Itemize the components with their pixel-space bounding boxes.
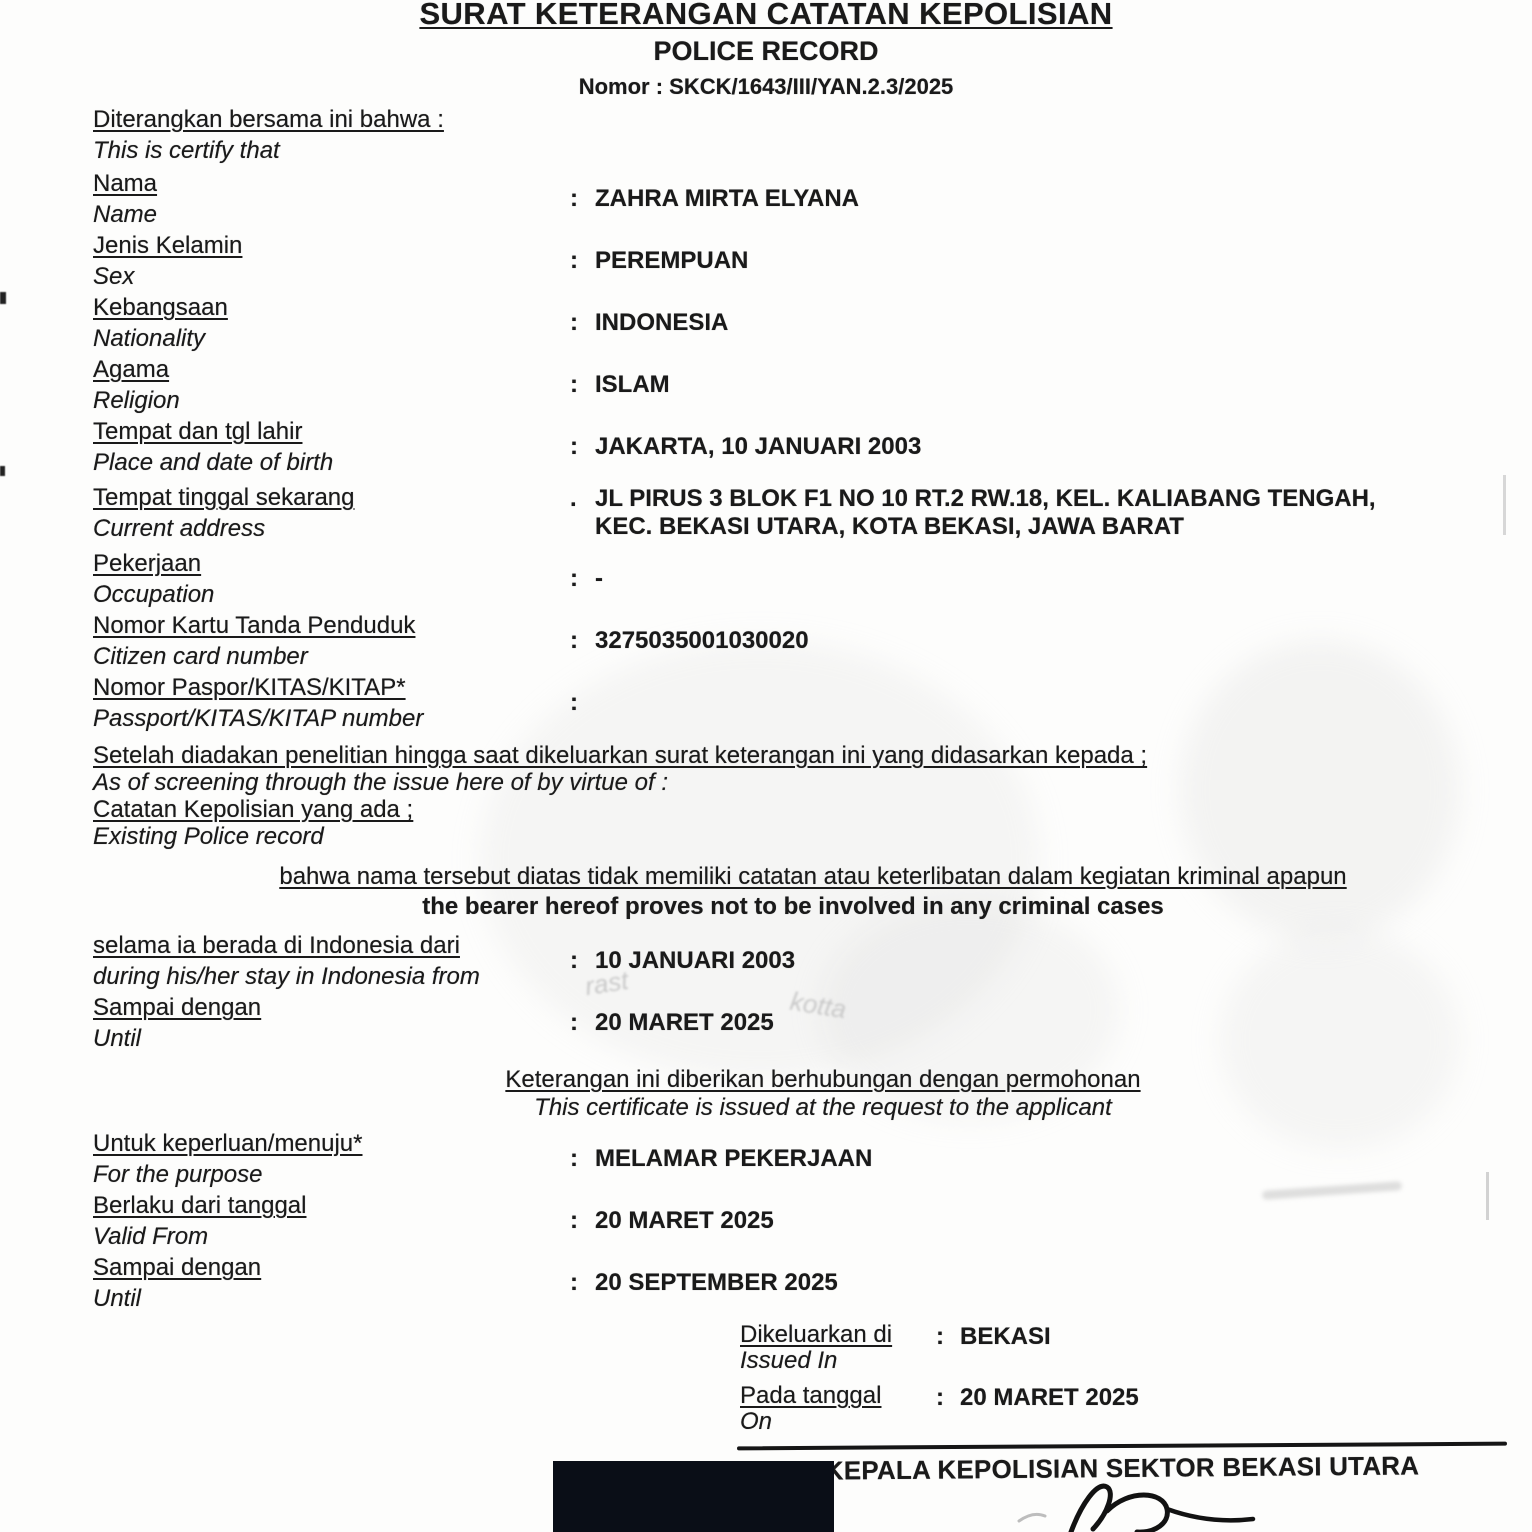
field-row-agama: Agama Religion : ISLAM [93, 354, 1493, 416]
field-label-en: Until [93, 1283, 570, 1314]
colon: : [570, 185, 580, 213]
request-note-en: This certificate is issued at the reques… [243, 1094, 1403, 1122]
field-label-en: Occupation [93, 579, 570, 610]
field-value: PEREMPUAN [595, 247, 748, 275]
field-value: JAKARTA, 10 JANUARI 2003 [595, 433, 921, 461]
intro-block: Diterangkan bersama ini bahwa : This is … [93, 104, 1493, 166]
field-label-en: during his/her stay in Indonesia from [93, 961, 570, 992]
field-value-line1: JL PIRUS 3 BLOK F1 NO 10 RT.2 RW.18, KEL… [595, 485, 1376, 513]
field-label-en: For the purpose [93, 1159, 570, 1190]
field-row-pekerjaan: Pekerjaan Occupation : - [93, 548, 1493, 610]
field-label-id: Nomor Kartu Tanda Penduduk [93, 610, 570, 641]
request-note-id: Keterangan ini diberikan berhubungan den… [243, 1066, 1403, 1094]
field-row-nik: Nomor Kartu Tanda Penduduk Citizen card … [93, 610, 1493, 672]
document-number-value: SKCK/1643/III/YAN.2.3/2025 [669, 74, 953, 99]
field-label-id: Untuk keperluan/menuju* [93, 1128, 570, 1159]
issued-label-id: Pada tanggal [740, 1383, 936, 1409]
field-label-en: Citizen card number [93, 641, 570, 672]
field-label-en: Passport/KITAS/KITAP number [93, 703, 570, 734]
field-label-id: Sampai dengan [93, 1252, 570, 1283]
field-label-id: Kebangsaan [93, 292, 570, 323]
field-row-alamat: Tempat tinggal sekarang Current address … [93, 478, 1493, 548]
intro-line-en: This is certify that [93, 135, 1493, 166]
field-row-jenis-kelamin: Jenis Kelamin Sex : PEREMPUAN [93, 230, 1493, 292]
document-number-colon: : [656, 74, 663, 99]
colon: : [936, 1384, 946, 1412]
statement-id: bahwa nama tersebut diatas tidak memilik… [93, 862, 1493, 892]
field-value: 20 SEPTEMBER 2025 [595, 1269, 838, 1297]
field-value: MELAMAR PEKERJAAN [595, 1145, 872, 1173]
field-label-id: Pekerjaan [93, 548, 570, 579]
field-label-en: Valid From [93, 1221, 570, 1252]
statement-block: bahwa nama tersebut diatas tidak memilik… [93, 862, 1493, 922]
field-row-kebangsaan: Kebangsaan Nationality : INDONESIA [93, 292, 1493, 354]
issued-block: Dikeluarkan di Issued In : BEKASI Pada t… [740, 1322, 1139, 1444]
scan-artifact [0, 292, 6, 304]
colon: : [570, 433, 580, 461]
field-label-en: Sex [93, 261, 570, 292]
purpose-block: Untuk keperluan/menuju* For the purpose … [93, 1128, 1493, 1314]
field-value: 20 MARET 2025 [595, 1009, 774, 1037]
field-value: ZAHRA MIRTA ELYANA [595, 185, 859, 213]
screening-line1-id: Setelah diadakan penelitian hingga saat … [93, 742, 1493, 769]
field-label-en: Current address [93, 513, 570, 544]
colon: : [570, 247, 580, 275]
field-value: 20 MARET 2025 [595, 1207, 774, 1235]
field-value: ISLAM [595, 371, 670, 399]
colon: : [936, 1323, 946, 1351]
issued-value: BEKASI [960, 1323, 1051, 1351]
document-header: SURAT KETERANGAN CATATAN KEPOLISIAN POLI… [0, 0, 1532, 99]
field-row-nama: Nama Name : ZAHRA MIRTA ELYANA [93, 168, 1493, 230]
screening-line2-id: Catatan Kepolisian yang ada ; [93, 796, 1493, 823]
field-row-purpose: Untuk keperluan/menuju* For the purpose … [93, 1128, 1493, 1190]
field-value-line2: KEC. BEKASI UTARA, KOTA BEKASI, JAWA BAR… [595, 513, 1376, 541]
issued-value: 20 MARET 2025 [960, 1384, 1139, 1412]
field-value: 10 JANUARI 2003 [595, 947, 795, 975]
issued-label-en: Issued In [740, 1348, 936, 1374]
field-label-en: Name [93, 199, 570, 230]
field-label-en: Nationality [93, 323, 570, 354]
document-body: Diterangkan bersama ini bahwa : This is … [93, 104, 1493, 1314]
issued-label-id: Dikeluarkan di [740, 1322, 936, 1348]
intro-line-id: Diterangkan bersama ini bahwa : [93, 104, 1493, 135]
field-label-id: Sampai dengan [93, 992, 570, 1023]
screening-line2-en: Existing Police record [93, 823, 1493, 850]
field-row-paspor: Nomor Paspor/KITAS/KITAP* Passport/KITAS… [93, 672, 1493, 734]
colon: : [570, 1009, 580, 1037]
colon: : [570, 947, 580, 975]
colon: : [570, 1207, 580, 1235]
document-number: Nomor : SKCK/1643/III/YAN.2.3/2025 [0, 75, 1532, 99]
issued-row-date: Pada tanggal On : 20 MARET 2025 [740, 1383, 1139, 1435]
statement-en: the bearer hereof proves not to be invol… [93, 892, 1493, 922]
screening-block: Setelah diadakan penelitian hingga saat … [93, 742, 1493, 850]
document-title-en: POLICE RECORD [0, 36, 1532, 66]
field-label-id: Tempat dan tgl lahir [93, 416, 570, 447]
document-title-id: SURAT KETERANGAN CATATAN KEPOLISIAN [0, 0, 1532, 31]
colon: : [570, 1269, 580, 1297]
colon: : [570, 627, 580, 655]
redaction-box [553, 1461, 834, 1532]
signature [1005, 1477, 1275, 1532]
scan-artifact [0, 466, 5, 476]
colon: . [570, 485, 580, 513]
colon: : [570, 689, 580, 717]
document-number-label: Nomor [579, 74, 650, 99]
field-row-stay-from: selama ia berada di Indonesia dari durin… [93, 930, 1493, 992]
field-label-id: Nomor Paspor/KITAS/KITAP* [93, 672, 570, 703]
field-row-valid-from: Berlaku dari tanggal Valid From : 20 MAR… [93, 1190, 1493, 1252]
field-value: 3275035001030020 [595, 627, 809, 655]
scan-artifact [1503, 475, 1506, 535]
colon: : [570, 371, 580, 399]
issued-row-place: Dikeluarkan di Issued In : BEKASI [740, 1322, 1139, 1374]
field-label-id: Agama [93, 354, 570, 385]
field-label-id: Berlaku dari tanggal [93, 1190, 570, 1221]
stay-block: selama ia berada di Indonesia dari durin… [93, 930, 1493, 1054]
field-label-en: Religion [93, 385, 570, 416]
field-row-tempat-tgl-lahir: Tempat dan tgl lahir Place and date of b… [93, 416, 1493, 478]
field-label-id: selama ia berada di Indonesia dari [93, 930, 570, 961]
field-label-id: Tempat tinggal sekarang [93, 482, 570, 513]
field-value: INDONESIA [595, 309, 728, 337]
colon: : [570, 565, 580, 593]
field-row-valid-until: Sampai dengan Until : 20 SEPTEMBER 2025 [93, 1252, 1493, 1314]
field-label-id: Jenis Kelamin [93, 230, 570, 261]
police-record-document: rast kotta SURAT KETERANGAN CATATAN KEPO… [0, 0, 1532, 1532]
field-label-en: Place and date of birth [93, 447, 570, 478]
issued-label-en: On [740, 1409, 936, 1435]
field-row-stay-until: Sampai dengan Until : 20 MARET 2025 [93, 992, 1493, 1054]
request-note-block: Keterangan ini diberikan berhubungan den… [243, 1066, 1403, 1122]
field-label-id: Nama [93, 168, 570, 199]
colon: : [570, 309, 580, 337]
field-label-en: Until [93, 1023, 570, 1054]
field-value: - [595, 565, 603, 593]
colon: : [570, 1145, 580, 1173]
screening-line1-en: As of screening through the issue here o… [93, 769, 1493, 796]
